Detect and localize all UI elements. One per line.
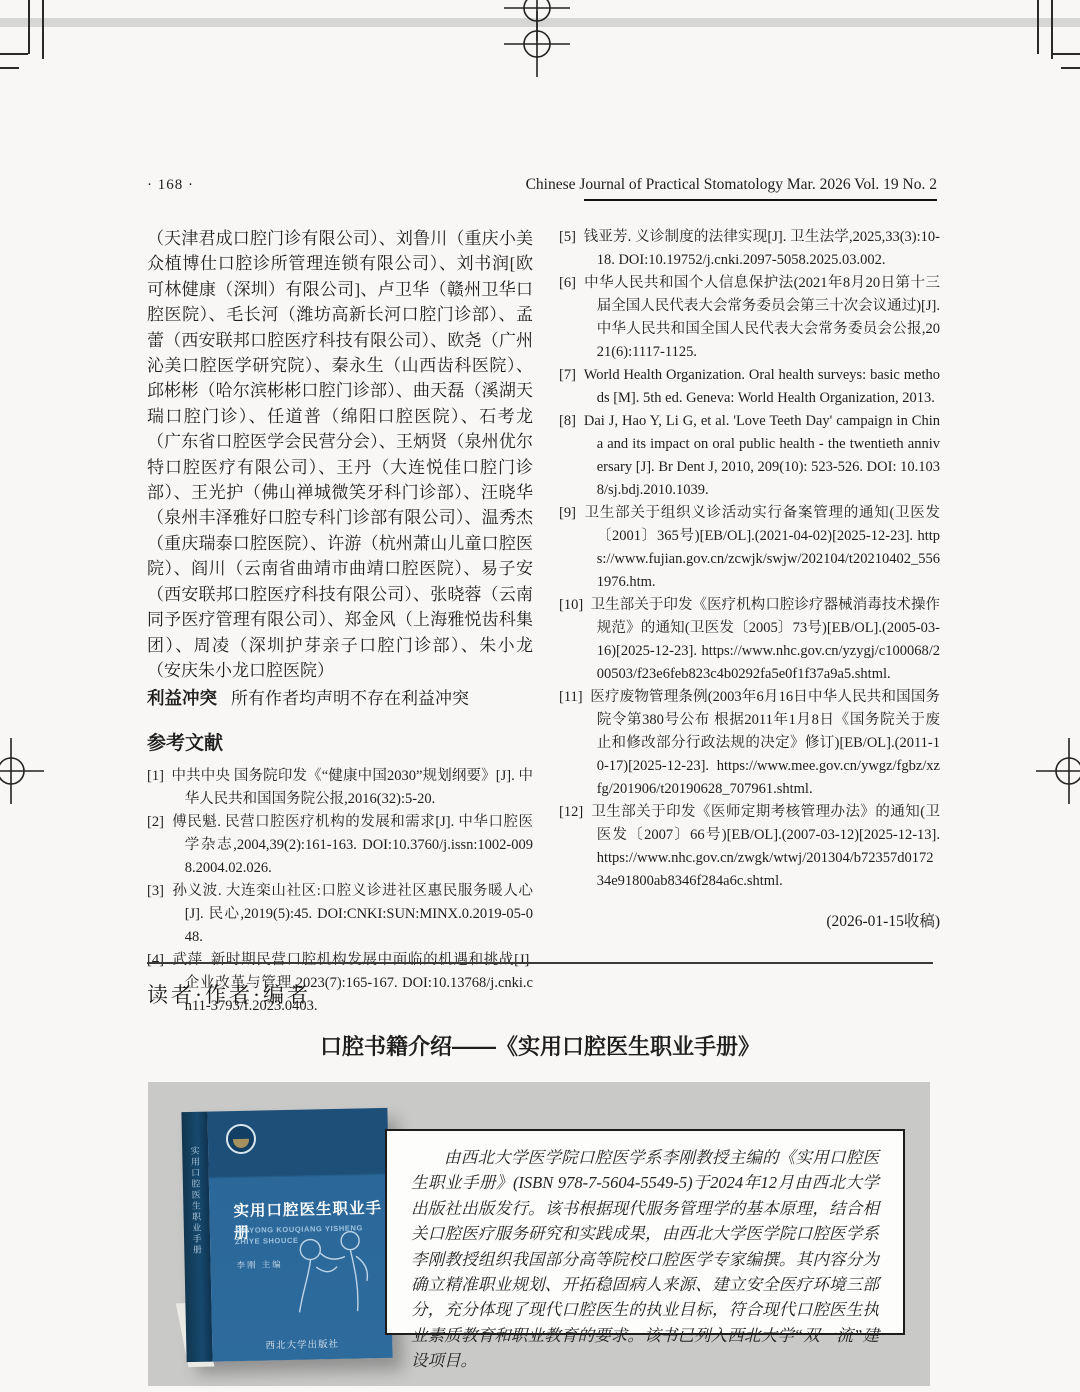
conflict-of-interest-text: 所有作者均声明不存在利益冲突	[231, 689, 469, 708]
reference-item: [8] Dai J, Hao Y, Li G, et al. 'Love Tee…	[559, 410, 940, 502]
reference-item: [2] 傅民魁. 民营口腔医疗机构的发展和需求[J]. 中华口腔医学杂志,200…	[147, 811, 533, 880]
reference-item: [9] 卫生部关于组织义诊活动实行备案管理的通知(卫医发〔2001〕365号)[…	[559, 502, 940, 594]
registration-mark-icon	[502, 9, 572, 79]
crop-mark-top-left-h1	[0, 53, 28, 55]
dentist-illustration-icon	[276, 1222, 382, 1316]
crop-mark-top-right-h1	[1052, 53, 1080, 55]
book-front-cover: 实用口腔医生职业手册 SHIYONG KOUQIANG YISHENG ZHIY…	[207, 1108, 392, 1362]
reference-item: [5] 钱亚芳. 义诊制度的法律实现[J]. 卫生法学,2025,33(3):1…	[559, 226, 940, 272]
book-intro-title: 口腔书籍介绍——《实用口腔医生职业手册》	[147, 1030, 933, 1061]
book-cover: 实用口腔医生职业手册 实用口腔医生职业手册 SHIYONG KOUQIANG Y…	[181, 1108, 392, 1362]
conflict-of-interest-line: 利益冲突所有作者均声明不存在利益冲突	[147, 685, 533, 712]
section-heading: 读者·作者·编者	[147, 979, 311, 1009]
reference-item: [7] World Health Organization. Oral heal…	[559, 364, 940, 410]
reference-item: [3] 孙义波. 大连栾山社区:口腔义诊进社区惠民服务暖人心[J]. 民心,20…	[147, 880, 533, 949]
header-rule	[584, 199, 937, 201]
references-heading: 参考文献	[147, 728, 533, 755]
reference-item: [10] 卫生部关于印发《医疗机构口腔诊疗器械消毒技术操作规范》的通知(卫医发〔…	[559, 594, 940, 686]
crop-mark-top-right-v2	[1051, 0, 1053, 59]
journal-page: · 168 · Chinese Journal of Practical Sto…	[0, 0, 1080, 1392]
registration-mark-icon	[0, 736, 46, 806]
crop-mark-top-left-v2	[42, 0, 44, 59]
journal-header: Chinese Journal of Practical Stomatology…	[526, 176, 937, 194]
university-emblem-icon	[226, 1124, 257, 1155]
page-number: · 168 ·	[147, 177, 194, 194]
crop-mark-top-left-v1	[28, 0, 30, 54]
spine-title: 实用口腔医生职业手册	[189, 1146, 204, 1256]
registration-mark-icon	[1034, 736, 1080, 806]
crop-mark-top-right-v1	[1037, 0, 1039, 54]
reference-item: [1] 中共中央 国务院印发《“健康中国2030”规划纲要》[J]. 中华人民共…	[147, 765, 533, 811]
received-date: (2026-01-15收稿)	[559, 909, 940, 931]
acknowledgment-text: （天津君成口腔门诊有限公司）、刘鲁川（重庆小美众植博仕口腔诊所管理连锁有限公司）…	[147, 226, 533, 683]
conflict-of-interest-label: 利益冲突	[147, 688, 217, 708]
crop-mark-top-left-h2	[0, 67, 19, 69]
right-column: [5] 钱亚芳. 义诊制度的法律实现[J]. 卫生法学,2025,33(3):1…	[559, 226, 940, 931]
section-divider	[147, 962, 933, 964]
book-intro-text: 由西北大学医学院口腔医学系李刚教授主编的《实用口腔医生职业手册》(ISBN 97…	[411, 1145, 879, 1374]
book-panel: 实用口腔医生职业手册 实用口腔医生职业手册 SHIYONG KOUQIANG Y…	[148, 1082, 930, 1386]
book-intro-box: 由西北大学医学院口腔医学系李刚教授主编的《实用口腔医生职业手册》(ISBN 97…	[385, 1129, 905, 1335]
reference-item: [11] 医疗废物管理条例(2003年6月16日中华人民共和国国务院令第380号…	[559, 686, 940, 801]
crop-mark-top-right-h2	[1061, 67, 1080, 69]
reference-item: [12] 卫生部关于印发《医师定期考核管理办法》的通知(卫医发〔2007〕66号…	[559, 801, 940, 893]
cover-publisher: 西北大学出版社	[212, 1335, 392, 1353]
reference-item: [6] 中华人民共和国个人信息保护法(2021年8月20日第十三届全国人民代表大…	[559, 272, 940, 364]
left-column: （天津君成口腔门诊有限公司）、刘鲁川（重庆小美众植博仕口腔诊所管理连锁有限公司）…	[147, 226, 533, 1018]
